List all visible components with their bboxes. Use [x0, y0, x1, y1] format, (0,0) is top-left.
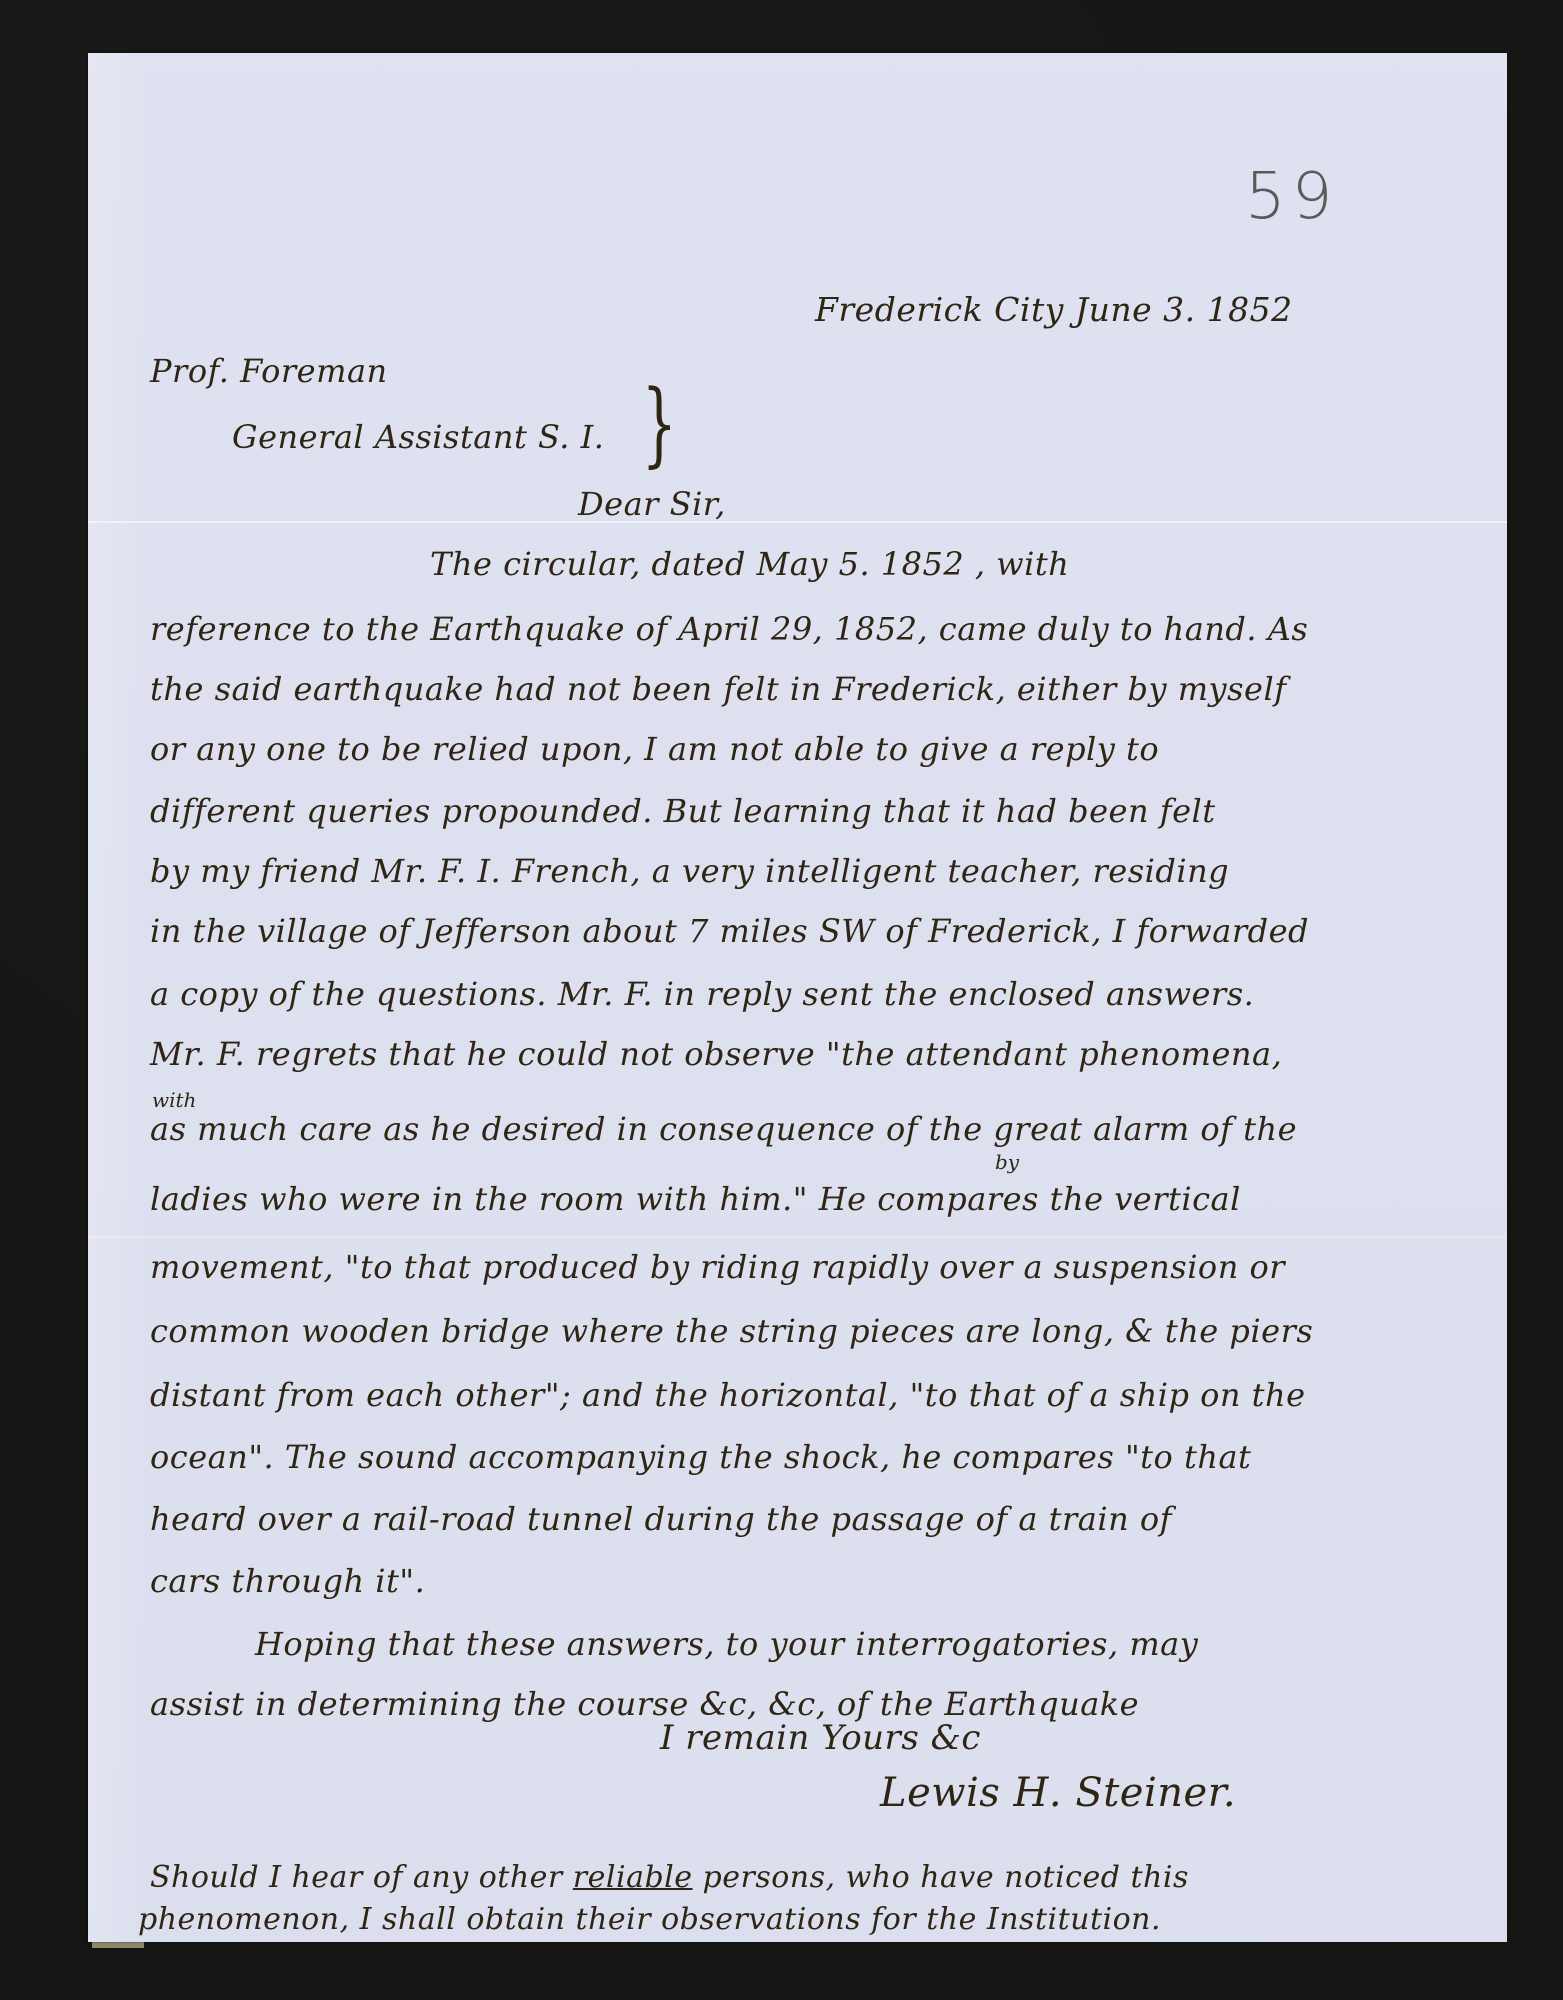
dateline: Frederick City June 3. 1852	[815, 290, 1293, 329]
body-line: in the village of Jefferson about 7 mile…	[150, 912, 1309, 950]
body-line: Mr. F. regrets that he could not observe…	[150, 1035, 1282, 1073]
closing-line: assist in determining the course &c, &c,…	[150, 1685, 1139, 1723]
body-line: reference to the Earthquake of April 29,…	[150, 610, 1308, 648]
body-line: the said earthquake had not been felt in…	[150, 670, 1287, 708]
valediction: I remain Yours &c	[660, 1718, 981, 1758]
brace-mark: }	[642, 378, 677, 470]
closing-line: Hoping that these answers, to your inter…	[255, 1625, 1198, 1663]
interlinear-insertion-by: by	[995, 1150, 1019, 1174]
body-line: common wooden bridge where the string pi…	[150, 1312, 1313, 1350]
postscript-text: Should I hear of any other	[150, 1860, 573, 1895]
salutation: Dear Sir,	[578, 485, 726, 523]
hinge-tape	[92, 1942, 144, 1948]
body-line: heard over a rail-road tunnel during the…	[150, 1500, 1172, 1538]
body-line: different queries propounded. But learni…	[150, 792, 1216, 830]
body-line: as much care as he desired in consequenc…	[150, 1110, 1297, 1148]
postscript-text: persons, who have noticed this	[693, 1860, 1189, 1895]
body-line: The circular, dated May 5. 1852 , with	[430, 545, 1069, 583]
body-line: a copy of the questions. Mr. F. in reply…	[150, 975, 1254, 1013]
underlined-word: reliable	[573, 1860, 693, 1895]
recipient-title: General Assistant S. I.	[232, 418, 604, 456]
fold-crease	[88, 521, 1507, 523]
interlinear-insertion-with: with	[152, 1088, 196, 1112]
body-line: by my friend Mr. F. I. French, a very in…	[150, 852, 1229, 890]
signature: Lewis H. Steiner.	[880, 1770, 1236, 1816]
body-line: movement, "to that produced by riding ra…	[150, 1248, 1285, 1286]
fold-crease	[88, 1236, 1507, 1238]
body-line: ocean". The sound accompanying the shock…	[150, 1438, 1251, 1476]
postscript-line: Should I hear of any other reliable pers…	[150, 1860, 1189, 1895]
body-line: ladies who were in the room with him." H…	[150, 1180, 1241, 1218]
body-line: or any one to be relied upon, I am not a…	[150, 730, 1159, 768]
body-line: distant from each other"; and the horizo…	[150, 1376, 1306, 1414]
postscript-line: phenomenon, I shall obtain their observa…	[138, 1902, 1161, 1937]
body-line: cars through it".	[150, 1562, 425, 1600]
recipient-name: Prof. Foreman	[150, 352, 388, 390]
postscript-text: phenomenon, I shall obtain their observa…	[138, 1902, 1161, 1937]
folio-number: 59	[1245, 160, 1338, 234]
